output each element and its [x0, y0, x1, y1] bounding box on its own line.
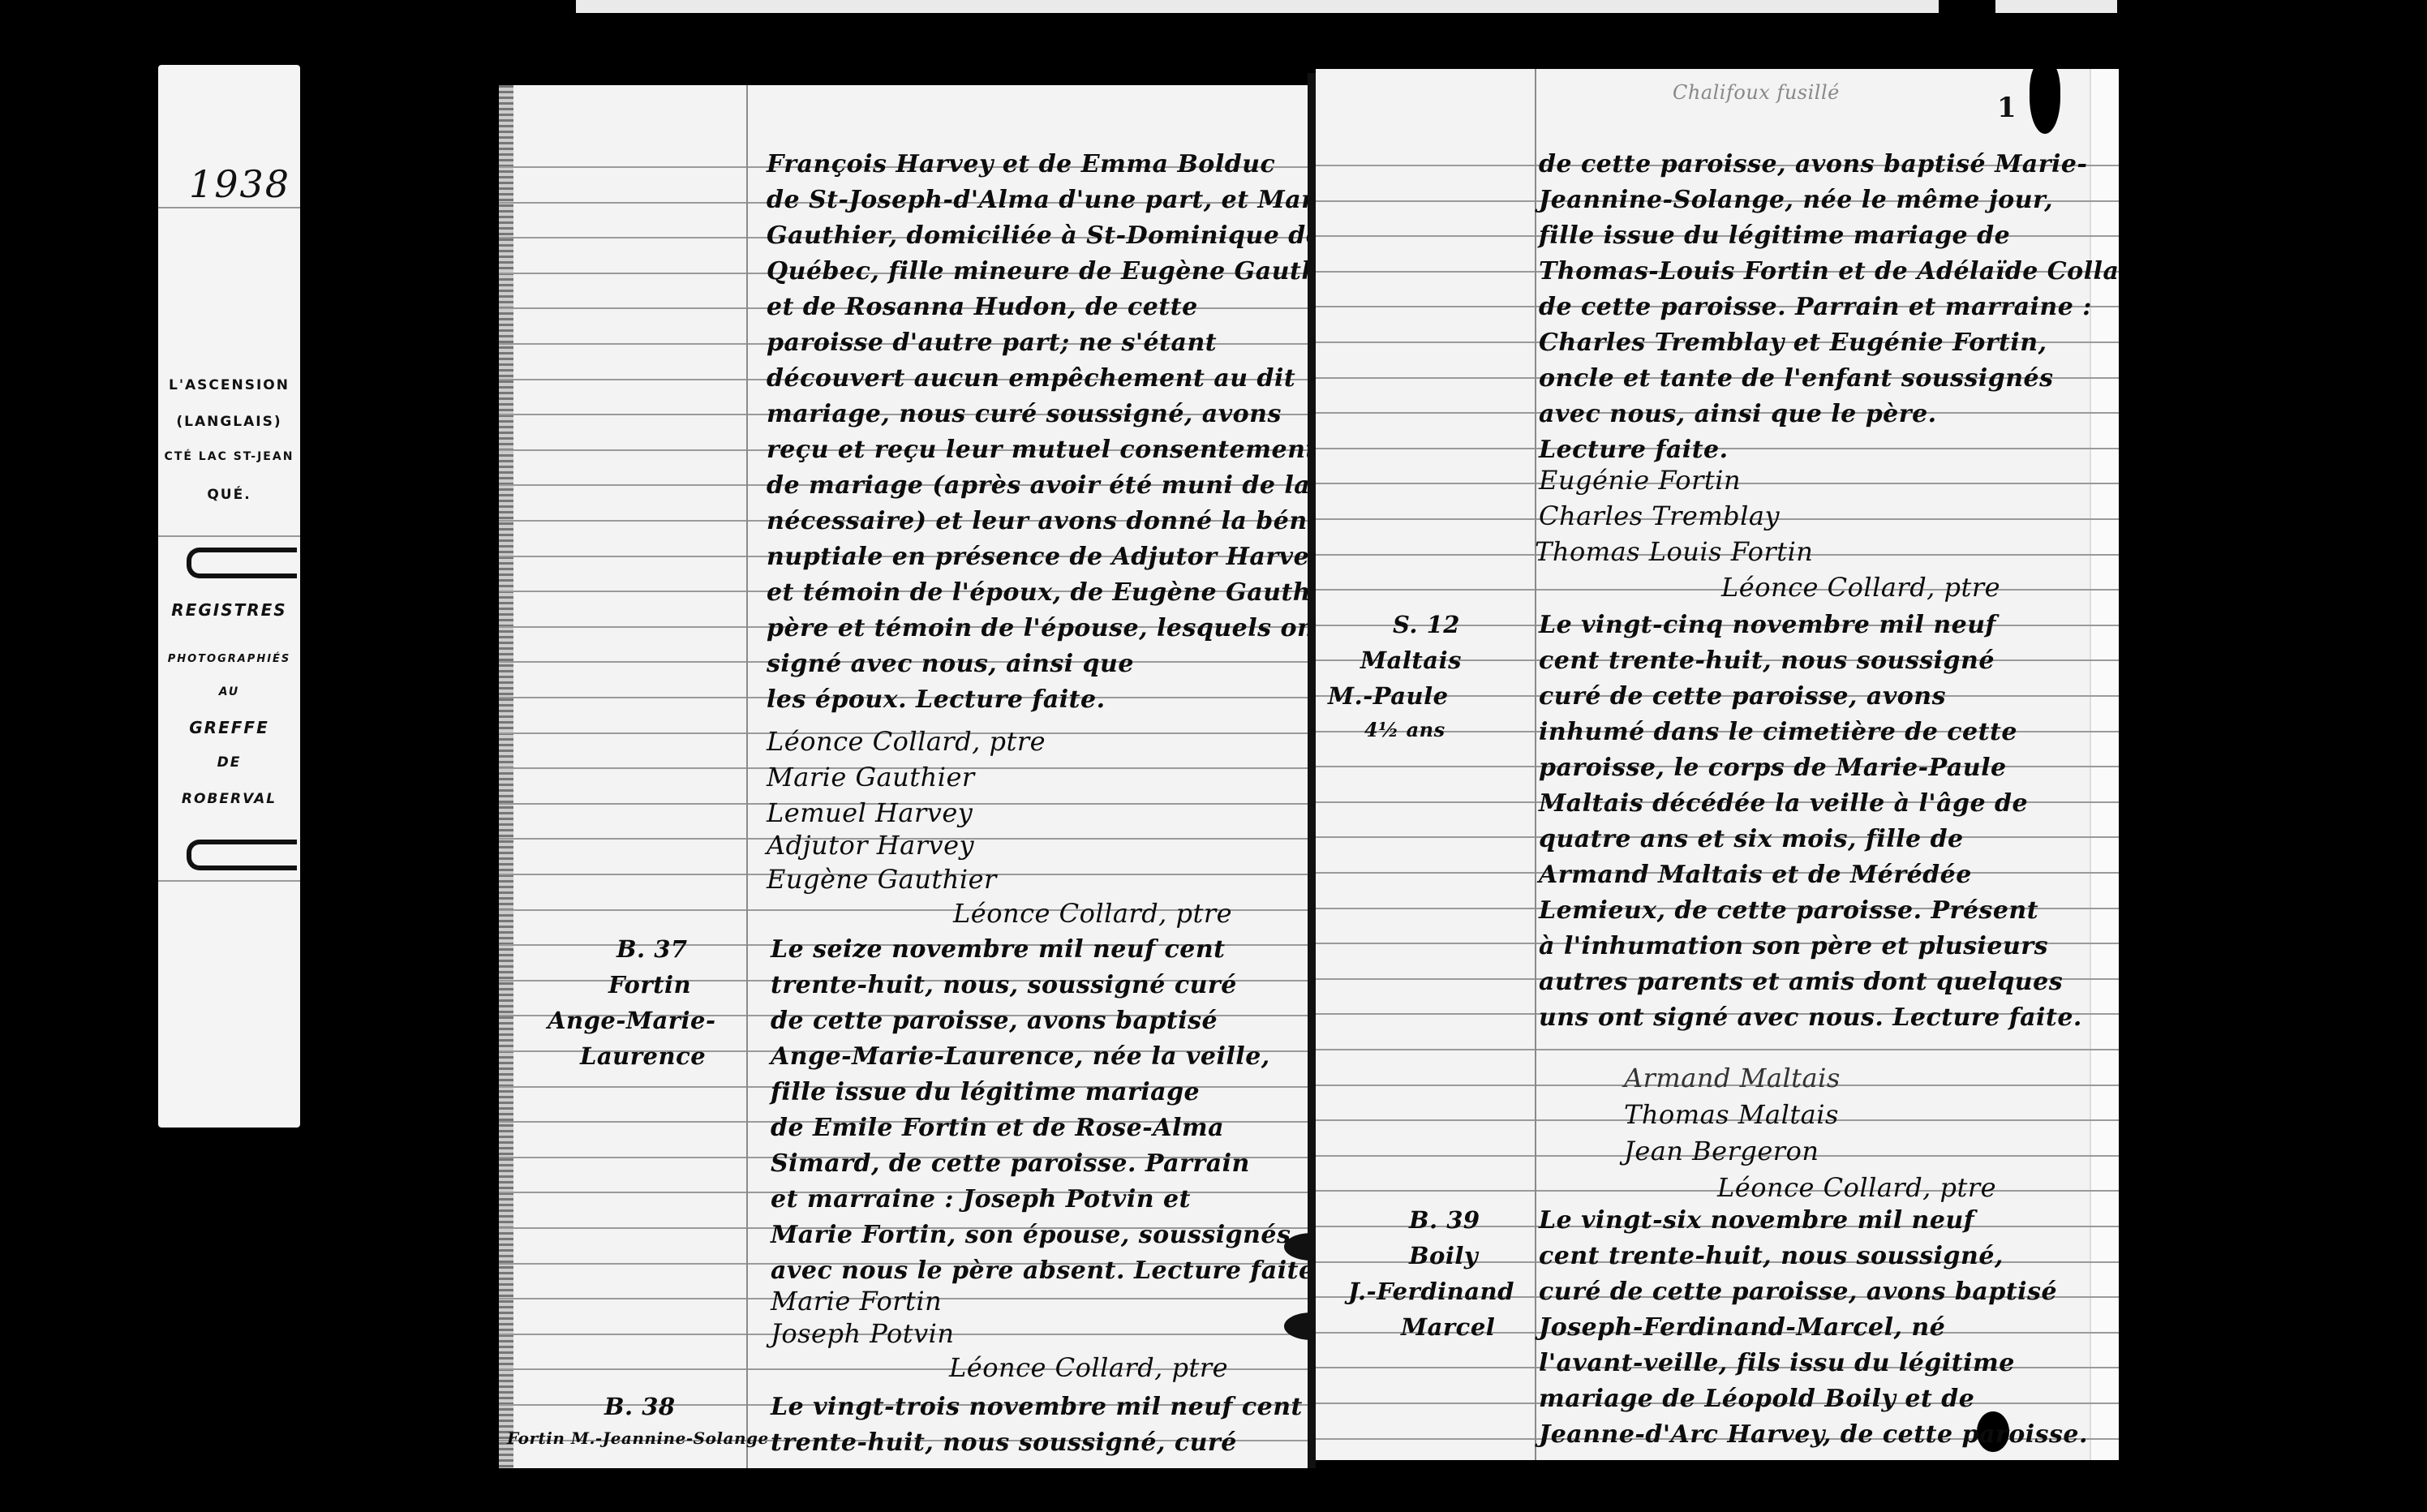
- archive-greffe: GREFFE: [158, 718, 300, 737]
- record-text-line: de St-Joseph-d'Alma d'une part, et Marie: [767, 186, 1310, 214]
- record-text-line: de Emile Fortin et de Rose-Alma: [771, 1114, 1224, 1142]
- priest-signature: Léonce Collard, ptre: [953, 898, 1232, 929]
- record-text-line: paroisse d'autre part; ne s'étant: [767, 329, 1217, 357]
- entry-given-name: Marcel: [1401, 1313, 1495, 1341]
- record-text-line: trente-huit, nous soussigné, curé: [771, 1428, 1237, 1457]
- entry-surname: Boily: [1409, 1242, 1478, 1269]
- entry-age: 4½ ans: [1364, 718, 1445, 741]
- record-text-line: père et témoin de l'épouse, lesquels ont: [767, 614, 1310, 642]
- record-text-line: autres parents et amis dont quelques: [1539, 968, 2063, 996]
- record-text-line: fille issue du légitime mariage de: [1539, 221, 2010, 250]
- record-text-line: Le seize novembre mil neuf cent: [771, 935, 1226, 964]
- record-text-line: Armand Maltais et de Mérédée: [1539, 861, 1972, 889]
- record-text-line: cent trente-huit, nous soussigné: [1539, 646, 1995, 675]
- record-text-line: et marraine : Joseph Potvin et: [771, 1185, 1191, 1213]
- record-text-line: cent trente-huit, nous soussigné,: [1539, 1242, 2004, 1270]
- header-annotation: Chalifoux fusillé: [1673, 81, 1840, 104]
- label-fold-line: [158, 880, 300, 882]
- record-text-line: quatre ans et six mois, fille de: [1539, 825, 1964, 853]
- signature-godmother: Eugénie Fortin: [1539, 465, 1741, 496]
- margin-column-divider: [746, 85, 748, 1468]
- record-text-line: et de Rosanna Hudon, de cette: [767, 293, 1198, 321]
- record-text-line: curé de cette paroisse, avons: [1539, 682, 1946, 711]
- record-text-line: Ange-Marie-Laurence, née la veille,: [771, 1042, 1270, 1071]
- label-fold-line: [158, 207, 300, 208]
- record-text-line: de cette paroisse, avons baptisé Marie-: [1539, 150, 2087, 178]
- record-text-line: mariage, nous curé soussigné, avons: [767, 400, 1282, 428]
- record-text-line: de cette paroisse, avons baptisé: [771, 1007, 1218, 1035]
- record-text-line: l'avant-veille, fils issu du légitime: [1539, 1349, 2015, 1377]
- record-text-line: Le vingt-trois novembre mil neuf cent: [771, 1393, 1303, 1421]
- record-text-line: Lecture faite.: [1539, 436, 1729, 464]
- record-text-line: Maltais décédée la veille à l'âge de: [1539, 789, 2028, 818]
- record-text-line: mariage de Léopold Boily et de: [1539, 1385, 1974, 1413]
- record-text-line: Thomas-Louis Fortin et de Adélaïde Colla…: [1539, 257, 2119, 286]
- priest-signature: Léonce Collard, ptre: [767, 726, 1046, 757]
- record-text-line: avec nous le père absent. Lecture faite: [771, 1256, 1310, 1285]
- margin-column-divider: [1535, 69, 1536, 1460]
- record-text-line: paroisse, le corps de Marie-Paule: [1539, 754, 2007, 782]
- signature-witness: Jean Bergeron: [1624, 1136, 1819, 1166]
- signature-bride: Marie Gauthier: [767, 762, 975, 793]
- entry-surname: Fortin: [608, 971, 691, 999]
- province-name: QUÉ.: [158, 487, 300, 503]
- record-text-line: oncle et tante de l'enfant soussignés: [1539, 364, 2054, 393]
- record-text-line: Le vingt-six novembre mil neuf: [1539, 1206, 1974, 1235]
- signature-groom: Lemuel Harvey: [767, 797, 973, 828]
- ink-blot: [2030, 69, 2060, 134]
- record-text-line: de cette paroisse. Parrain et marraine :: [1539, 293, 2092, 321]
- entry-name: Fortin M.-Jeannine-Solange: [507, 1428, 769, 1448]
- priest-signature: Léonce Collard, ptre: [949, 1352, 1228, 1383]
- page-number: 1: [1997, 92, 2017, 124]
- archive-photographed: PHOTOGRAPHIÉS: [158, 653, 300, 665]
- record-text-line: nuptiale en présence de Adjutor Harvey, …: [767, 543, 1310, 571]
- signature-father: Armand Maltais: [1624, 1063, 1841, 1093]
- priest-signature: Léonce Collard, ptre: [1717, 1172, 1996, 1203]
- archive-au: AU: [158, 685, 300, 698]
- signature-father: Thomas Louis Fortin: [1535, 536, 1813, 567]
- archive-de: DE: [158, 754, 300, 771]
- record-text-line: François Harvey et de Emma Bolduc: [767, 150, 1275, 178]
- entry-given-name: Ange-Marie-: [548, 1007, 716, 1034]
- paper-clip-icon: [187, 548, 297, 578]
- record-text-line: Simard, de cette paroisse. Parrain: [771, 1149, 1250, 1178]
- record-text-line: de mariage (après avoir été muni de la j…: [767, 471, 1310, 500]
- record-text-line: inhumé dans le cimetière de cette: [1539, 718, 2017, 746]
- record-text-line: fille issue du légitime mariage: [771, 1078, 1200, 1106]
- record-text-line: uns ont signé avec nous. Lecture faite.: [1539, 1003, 2082, 1032]
- archive-registers: REGISTRES: [158, 600, 300, 620]
- record-text-line: Charles Tremblay et Eugénie Fortin,: [1539, 329, 2047, 357]
- entry-number: B. 39: [1409, 1206, 1480, 1234]
- entry-surname: Maltais: [1360, 646, 1462, 674]
- archive-roberval: ROBERVAL: [158, 791, 300, 807]
- record-text-line: signé avec nous, ainsi que: [767, 650, 1134, 678]
- record-text-line: Joseph-Ferdinand-Marcel, né: [1539, 1313, 1945, 1342]
- entry-number: S. 12: [1393, 611, 1460, 638]
- register-page-right: Chalifoux fusillé 1 de cette paroisse, a…: [1316, 69, 2119, 1460]
- signature-witness: Eugène Gauthier: [767, 864, 997, 895]
- signature-godmother: Marie Fortin: [771, 1286, 942, 1317]
- label-fold-line: [158, 535, 300, 537]
- entry-given-name: J.-Ferdinand: [1348, 1278, 1514, 1305]
- entry-given-name: Laurence: [580, 1042, 706, 1070]
- previous-frame-edge-left: [576, 0, 1387, 13]
- signature-witness: Thomas Maltais: [1624, 1099, 1839, 1130]
- paper-clip-icon: [187, 840, 297, 870]
- entry-number: B. 37: [616, 935, 688, 963]
- record-text-line: Lemieux, de cette paroisse. Présent: [1539, 896, 2038, 925]
- signature-witness: Adjutor Harvey: [767, 830, 974, 861]
- priest-signature: Léonce Collard, ptre: [1721, 572, 2000, 603]
- record-text-line: découvert aucun empêchement au dit: [767, 364, 1295, 393]
- entry-given-name: M.-Paule: [1328, 682, 1449, 710]
- parish-alt-name: (LANGLAIS): [158, 414, 300, 430]
- record-text-line: et témoin de l'époux, de Eugène Gauthier…: [767, 578, 1310, 607]
- register-spine-label: 1938 L'ASCENSION (LANGLAIS) CTÉ LAC ST-J…: [158, 65, 300, 1128]
- record-text-line: reçu et reçu leur mutuel consentement: [767, 436, 1310, 464]
- entry-number: B. 38: [604, 1393, 676, 1420]
- record-text-line: curé de cette paroisse, avons baptisé: [1539, 1278, 2057, 1306]
- record-text-line: les époux. Lecture faite.: [767, 685, 1106, 714]
- record-text-line: Gauthier, domiciliée à St-Dominique de: [767, 221, 1310, 250]
- previous-frame-edge-right: [1314, 0, 1939, 13]
- signature-godfather: Charles Tremblay: [1539, 500, 1780, 531]
- record-text-line: avec nous, ainsi que le père.: [1539, 400, 1937, 428]
- register-year: 1938: [189, 162, 290, 206]
- ruled-line: [1316, 1049, 2119, 1050]
- record-text-line: Jeanne-d'Arc Harvey, de cette paroisse.: [1539, 1420, 2088, 1449]
- page-edge: [499, 85, 513, 1468]
- parish-name: L'ASCENSION: [158, 377, 300, 393]
- previous-frame-edge-far: [1995, 0, 2117, 13]
- record-text-line: Marie Fortin, son épouse, soussignés: [771, 1221, 1291, 1249]
- register-page-left: François Harvey et de Emma Bolducde St-J…: [499, 85, 1310, 1468]
- record-text-line: Le vingt-cinq novembre mil neuf: [1539, 611, 1996, 639]
- record-text-line: trente-huit, nous, soussigné curé: [771, 971, 1237, 999]
- record-text-line: Jeannine-Solange, née le même jour,: [1539, 186, 2053, 214]
- county-name: CTÉ LAC ST-JEAN: [158, 450, 300, 463]
- record-text-line: Québec, fille mineure de Eugène Gauthier: [767, 257, 1310, 286]
- signature-godfather: Joseph Potvin: [771, 1318, 955, 1349]
- record-text-line: nécessaire) et leur avons donné la bénéd…: [767, 507, 1310, 535]
- record-text-line: à l'inhumation son père et plusieurs: [1539, 932, 2048, 960]
